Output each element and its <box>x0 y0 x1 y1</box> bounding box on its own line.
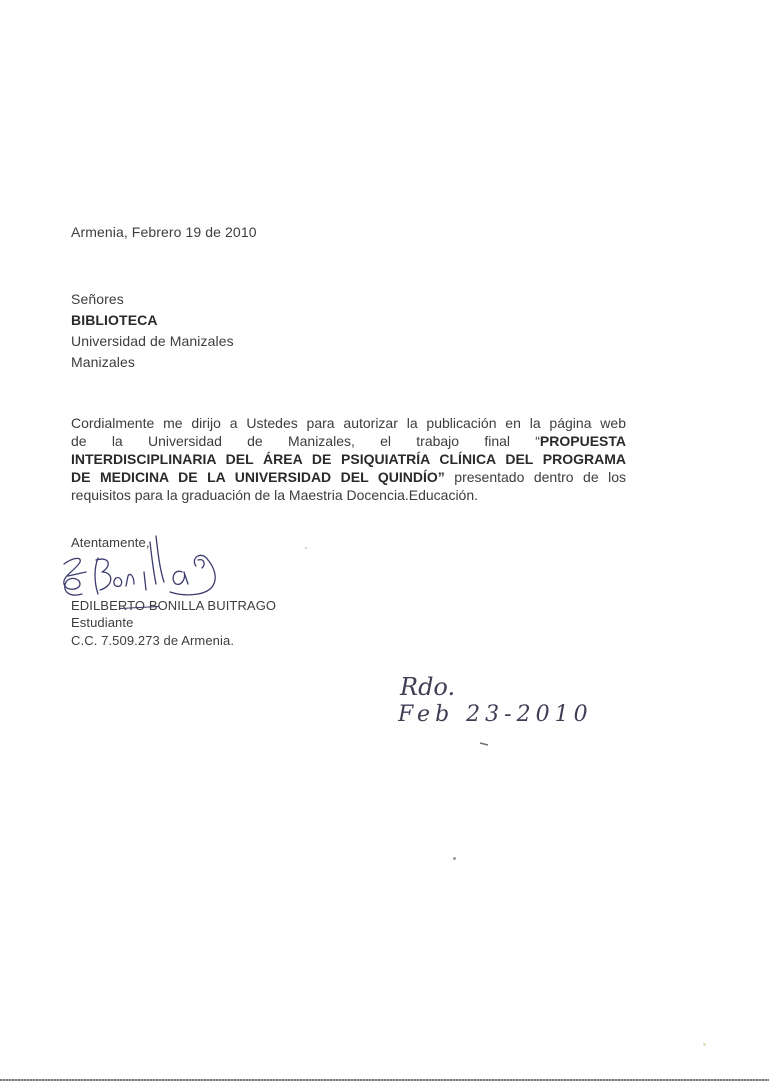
letter-body: Cordialmente me dirijo a Ustedes para au… <box>71 414 626 504</box>
body-line: de la Universidad de Manizales, el traba… <box>71 432 626 450</box>
body-line: Cordialmente me dirijo a Ustedes para au… <box>71 414 626 432</box>
scan-speck <box>453 857 456 860</box>
thesis-title-text: DE MEDICINA DE LA UNIVERSIDAD DEL QUINDÍ… <box>71 469 445 485</box>
recipient-name: BIBLIOTECA <box>71 310 158 331</box>
scan-speck <box>305 547 307 549</box>
received-mark: Rdo. <box>399 673 455 701</box>
body-text: presentado dentro de los <box>445 469 626 485</box>
body-text: Cordialmente me dirijo a Ustedes para au… <box>71 415 626 431</box>
signer-id: C.C. 7.509.273 de Armenia. <box>71 632 234 650</box>
body-line: requisitos para la graduación de la Maes… <box>71 486 626 504</box>
recipient-salutation: Señores <box>71 289 124 310</box>
scanned-letter-page: Armenia, Febrero 19 de 2010 Señores BIBL… <box>0 0 769 1081</box>
signer-name: EDILBERTO BONILLA BUITRAGO <box>71 597 276 615</box>
thesis-title-text: PROPUESTA <box>540 433 626 449</box>
body-text: de la Universidad de Manizales, el traba… <box>71 433 540 449</box>
ink-mark <box>480 743 488 745</box>
recipient-city: Manizales <box>71 352 135 373</box>
signer-role: Estudiante <box>71 614 133 632</box>
handwritten-received-note: Rdo. Feb 23-2010 <box>398 665 608 755</box>
recipient-institution: Universidad de Manizales <box>71 331 234 352</box>
body-line: INTERDISCIPLINARIA DEL ÁREA DE PSIQUIATR… <box>71 450 626 468</box>
body-line: DE MEDICINA DE LA UNIVERSIDAD DEL QUINDÍ… <box>71 468 626 486</box>
received-date: Feb 23-2010 <box>398 702 593 727</box>
body-text: requisitos para la graduación de la Maes… <box>71 487 478 503</box>
place-date: Armenia, Febrero 19 de 2010 <box>71 222 257 243</box>
thesis-title-text: INTERDISCIPLINARIA DEL ÁREA DE PSIQUIATR… <box>71 451 626 467</box>
scan-speck <box>703 1043 706 1046</box>
